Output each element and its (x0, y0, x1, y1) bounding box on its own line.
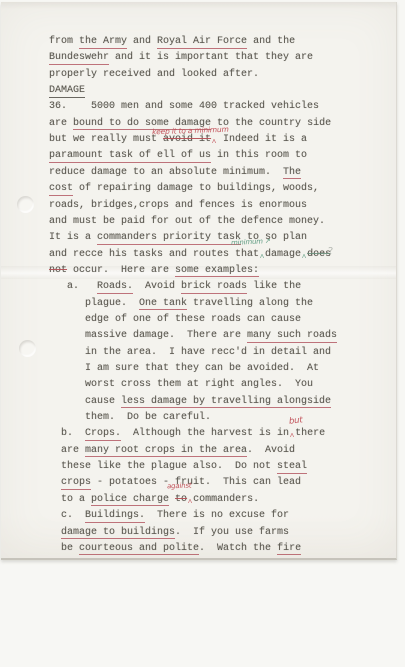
typed-text-segment: plague. (85, 298, 139, 309)
typed-line: in the area. I have recc'd in detail and (85, 347, 331, 359)
typed-text-segment: to the country side (211, 118, 331, 129)
typed-text-segment: b. (61, 428, 85, 439)
scanned-document: from the Army and Royal Air Force and th… (0, 0, 405, 667)
typed-line: these like the plague also. Do not steal (61, 461, 307, 473)
struck-out-text: not (49, 265, 67, 276)
typed-text-segment: . Watch the (199, 543, 277, 554)
typed-text-segment: and the (247, 36, 295, 47)
typed-line: worst cross them at right angles. You (85, 379, 313, 391)
typed-text-segment: edge of one of these roads can cause (85, 314, 301, 325)
typed-text-segment: damage (265, 249, 301, 260)
red-underlined-text: cost (49, 183, 73, 196)
typed-text-segment: It is a (49, 232, 97, 243)
typed-text-segment: cause (85, 396, 121, 407)
typed-line: roads, bridges,crops and fences is enorm… (49, 200, 307, 212)
typed-text-segment: - potatoes - fruit. This can lead (91, 477, 301, 488)
typed-text-segment: reduce damage to an absolute minimum. (49, 167, 283, 178)
red-underlined-text: damage to buildings (61, 527, 175, 540)
typed-text-segment: but we really must (49, 134, 163, 145)
typed-text-segment: from (49, 36, 79, 47)
typed-line: Bundeswehr and it is important that they… (49, 52, 313, 64)
typed-text-segment: travelling along the (187, 298, 313, 309)
typed-line: them. Do be careful. (85, 412, 211, 424)
typed-text-segment: There is no excuse for (145, 510, 289, 521)
typed-text-segment: of repairing damage to buildings, woods, (73, 183, 319, 194)
insertion-caret-icon: ^ (211, 138, 217, 150)
typed-text-segment: in this room to (211, 150, 307, 161)
typed-line: DAMAGE (49, 85, 85, 97)
typed-text-segment: and (127, 36, 157, 47)
hole-punch-top (17, 196, 34, 213)
typed-line: c. Buildings. There is no excuse for (61, 510, 289, 522)
struck-out-text: to (175, 494, 187, 505)
insertion-caret-icon: ^ (289, 432, 295, 444)
red-underlined-text: the Army (79, 36, 127, 49)
typed-text-segment: . Avoid (247, 445, 295, 456)
typed-text-segment: worst cross them at right angles. You (85, 379, 313, 390)
red-underlined-text: steal (277, 461, 307, 474)
typed-text-segment: and recce his tasks and routes that (49, 249, 259, 260)
typed-line: massive damage. There are many such road… (85, 330, 337, 342)
red-underlined-text: commanders priority task (97, 232, 241, 245)
red-underlined-text: Crops. (85, 428, 121, 441)
typed-text-segment: occur. Here are (67, 265, 175, 276)
struck-out-text: avoid it (163, 134, 211, 145)
typed-line: edge of one of these roads can cause (85, 314, 301, 326)
typed-line: plague. One tank travelling along the (85, 298, 313, 310)
red-underlined-text: police charge (91, 494, 169, 507)
typed-text-segment: and it is important that they are (109, 52, 313, 63)
red-underlined-text: Roads. (97, 281, 133, 294)
typed-text-segment: properly received and looked after. (49, 69, 259, 80)
typed-line: from the Army and Royal Air Force and th… (49, 36, 295, 48)
typed-line: and must be paid for out of the defence … (49, 216, 325, 228)
typed-line: not occur. Here are some examples: (49, 265, 259, 277)
red-underlined-text: fire (277, 543, 301, 556)
red-underlined-text: Bundeswehr (49, 52, 109, 65)
typed-line: a. Roads. Avoid brick roads like the (67, 281, 301, 293)
red-underlined-text: courteous and polite (79, 543, 199, 556)
insertion-caret-icon: ^ (259, 253, 265, 265)
typed-text-segment: massive damage. There are (85, 330, 247, 341)
handwritten-against: against (167, 482, 192, 491)
typed-text-segment: be (61, 543, 79, 554)
typed-text-segment: roads, bridges,crops and fences is enorm… (49, 200, 307, 211)
margin-question-mark: ? (328, 246, 333, 257)
typed-line: to a police charge to^commanders. (61, 494, 259, 506)
typed-text-segment: like the (247, 281, 301, 292)
insertion-caret-icon: ^ (187, 498, 193, 510)
red-underlined-text: crops (61, 477, 91, 490)
typed-text-segment: these like the plague also. Do not (61, 461, 277, 472)
typed-line: but we really must avoid it^ Indeed it i… (49, 134, 307, 146)
typed-text-segment: are (49, 118, 73, 129)
typed-text-segment: to a (61, 494, 91, 505)
red-underlined-text: some examples: (175, 265, 259, 278)
red-underlined-text: many such roads (247, 330, 337, 343)
typed-text-segment: and must be paid for out of the defence … (49, 216, 325, 227)
red-underlined-text: brick roads (181, 281, 247, 294)
hole-punch-bottom (19, 340, 36, 357)
red-underlined-text: The (283, 167, 301, 180)
red-underlined-text: Royal Air Force (157, 36, 247, 49)
typed-text-segment: . If you use farms (175, 527, 289, 538)
typed-line: be courteous and polite. Watch the fire (61, 543, 301, 555)
red-underlined-text: Buildings. (85, 510, 145, 523)
typed-line: are many root crops in the area. Avoid (61, 445, 295, 457)
typed-text-segment: commanders. (193, 494, 259, 505)
red-underlined-text: many root crops in the area (85, 445, 247, 458)
typed-line: reduce damage to an absolute minimum. Th… (49, 167, 301, 179)
insertion-caret-icon: ^ (301, 253, 307, 265)
red-underlined-text: One tank (139, 298, 187, 311)
typed-text-segment: them. Do be careful. (85, 412, 211, 423)
typed-line: b. Crops. Although the harvest is in^the… (61, 428, 325, 440)
typed-line: cost of repairing damage to buildings, w… (49, 183, 319, 195)
underlined-heading: DAMAGE (49, 85, 85, 98)
typed-line: I am sure that they can be avoided. At (85, 363, 319, 375)
typed-text-segment: Although the harvest is in (121, 428, 289, 439)
typed-text-segment: in the area. I have recc'd in detail and (85, 347, 331, 358)
red-underlined-text: less damage by travelling alongside (121, 396, 331, 409)
handwritten-but: but (289, 415, 303, 426)
typed-text-segment: c. (61, 510, 85, 521)
typed-text-segment: I am sure that they can be avoided. At (85, 363, 319, 374)
typed-line: and recce his tasks and routes that^dama… (49, 249, 331, 261)
typed-text-segment: Avoid (133, 281, 181, 292)
typed-line: 36. 5000 men and some 400 tracked vehicl… (49, 101, 319, 113)
typed-text-segment: there (295, 428, 325, 439)
typed-line: paramount task of ell of us in this room… (49, 150, 307, 162)
typed-text-segment: Indeed it is a (217, 134, 307, 145)
typed-line: cause less damage by travelling alongsid… (85, 396, 331, 408)
typed-line: properly received and looked after. (49, 69, 259, 81)
red-underlined-text: paramount task of ell of us (49, 150, 211, 163)
typed-text-segment: are (61, 445, 85, 456)
typed-text-segment: a. (67, 281, 97, 292)
typed-text-segment: 36. 5000 men and some 400 tracked vehicl… (49, 101, 319, 112)
typed-line: damage to buildings. If you use farms (61, 527, 289, 539)
